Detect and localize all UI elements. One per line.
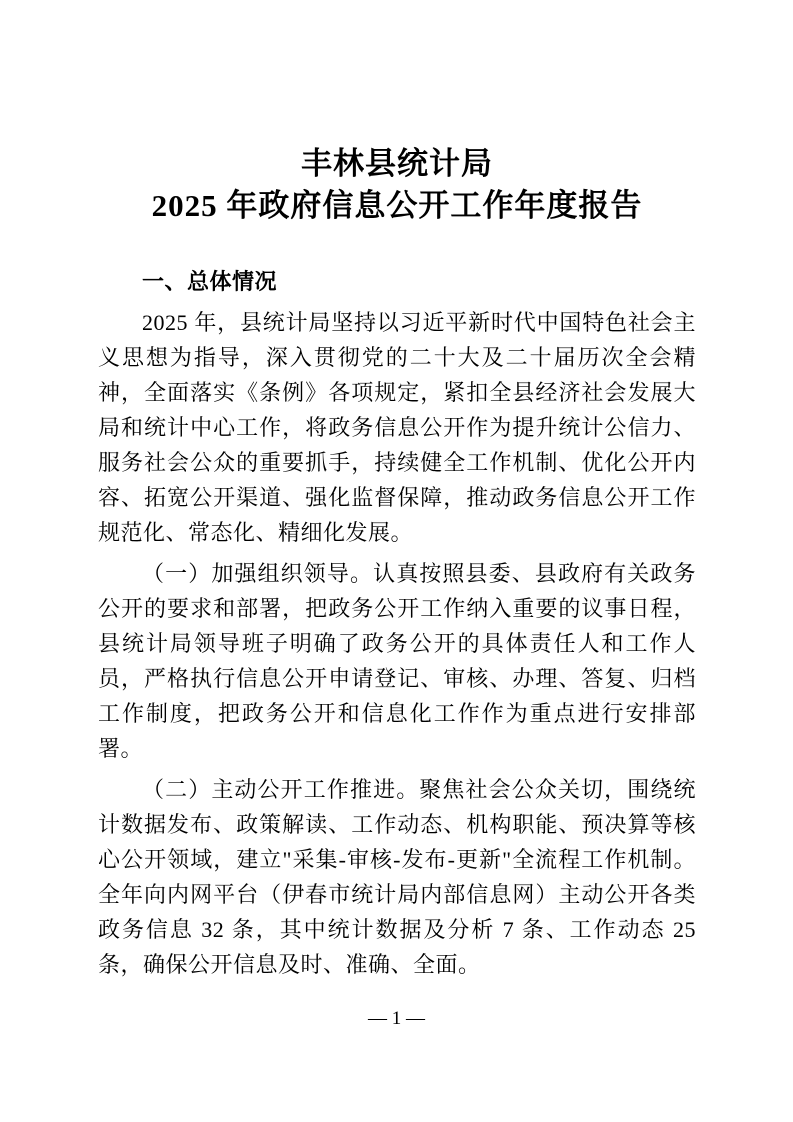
document-content: 丰林县统计局 2025 年政府信息公开工作年度报告 一、总体情况 2025 年，…	[0, 0, 793, 982]
document-title-line-1: 丰林县统计局	[98, 143, 696, 185]
paragraph-overview: 2025 年，县统计局坚持以习近平新时代中国特色社会主义思想为指导，深入贯彻党的…	[98, 305, 696, 550]
page-number: — 1 —	[368, 1008, 425, 1029]
paragraph-organization-leadership: （一）加强组织领导。认真按照县委、县政府有关政务公开的要求和部署，把政务公开工作…	[98, 556, 696, 766]
document-page: 丰林县统计局 2025 年政府信息公开工作年度报告 一、总体情况 2025 年，…	[0, 0, 793, 1122]
page-footer: — 1 —	[0, 1008, 793, 1030]
paragraph-proactive-disclosure: （二）主动公开工作推进。聚焦社会公众关切，围绕统计数据发布、政策解读、工作动态、…	[98, 772, 696, 982]
document-title-line-2: 2025 年政府信息公开工作年度报告	[98, 185, 696, 227]
document-title: 丰林县统计局 2025 年政府信息公开工作年度报告	[98, 143, 696, 227]
section-heading-overall-situation: 一、总体情况	[98, 267, 696, 297]
